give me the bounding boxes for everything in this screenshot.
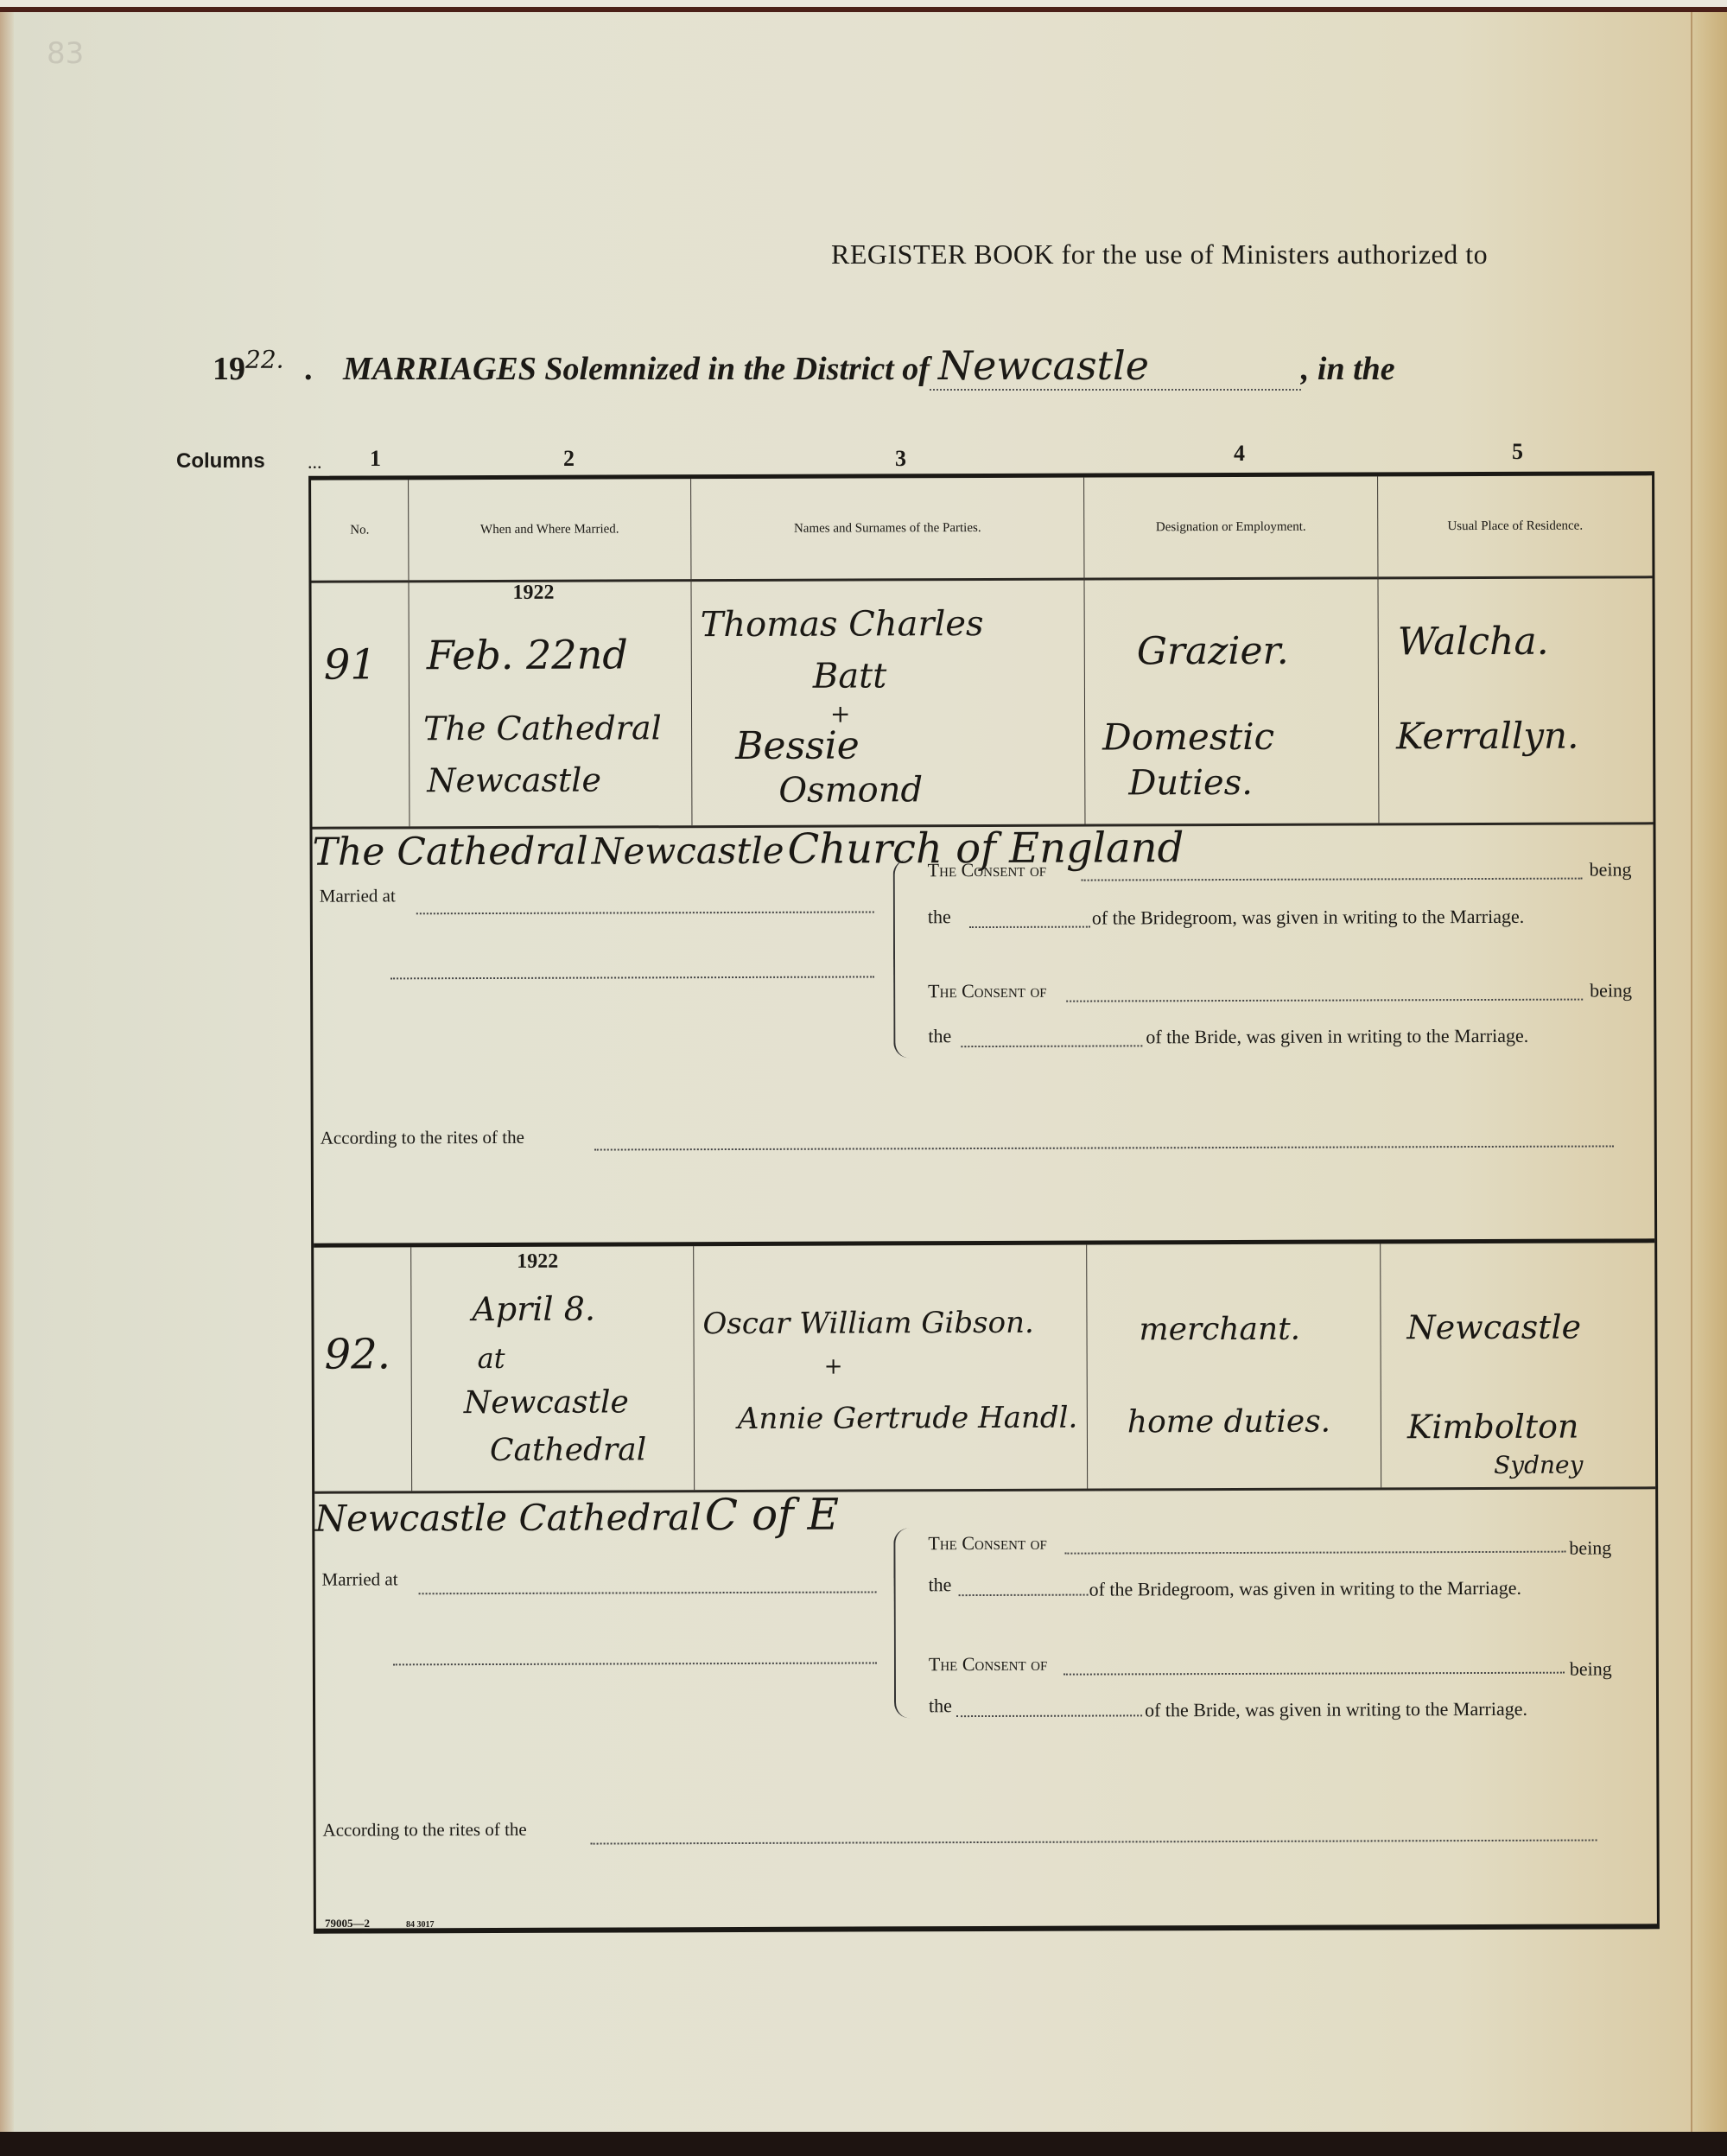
groom-employment: merchant. [1139, 1312, 1300, 1348]
bride-residence-extra: Sydney [1494, 1451, 1583, 1479]
groom-relation-field [959, 1594, 1089, 1597]
groom-consent-of-field [1064, 1551, 1565, 1555]
cell-no: 91 [311, 580, 410, 826]
cell-residence: Newcastle Kimbolton Sydney [1381, 1243, 1655, 1487]
marriage-place-line2: Newcastle [427, 761, 601, 800]
bride-employment-line1: Domestic [1102, 715, 1274, 759]
and-mark: + [824, 1354, 843, 1380]
column-number-5: 5 [1512, 439, 1523, 465]
cell-names: Thomas Charles Batt + Bessie Osmond [691, 578, 1085, 826]
book-bottom-cover [0, 2132, 1727, 2156]
groom-name-line1: Oscar William Gibson. [702, 1306, 1033, 1341]
year-handwritten: 22. [245, 345, 284, 373]
married-at-line1 [416, 911, 874, 914]
bride-residence: Kimbolton [1407, 1408, 1579, 1447]
entry-91-details: Married at The Cathedral Newcastle The C… [312, 822, 1654, 1245]
groom-consent-of-label: The Consent of [928, 859, 1047, 881]
header-cell-when-where: When and Where Married. [409, 479, 691, 580]
print-code: 84 3017 [406, 1920, 435, 1930]
groom-residence: Newcastle [1406, 1308, 1581, 1347]
bride-consent-of-label: The Consent of [928, 980, 1047, 1002]
married-at-label: Married at [320, 885, 396, 906]
column-number-1: 1 [370, 446, 381, 472]
married-at-line2 [393, 1662, 877, 1665]
table-row-entry-91: 91 1922 Feb. 22nd The Cathedral Newcastl… [311, 576, 1653, 829]
header-cell-names: Names and Surnames of the Parties. [691, 478, 1084, 580]
bride-consent-given-text: of the Bride, was given in writing to th… [1146, 1025, 1528, 1049]
adjacent-page-edge [1691, 12, 1727, 2146]
bride-the-label: the [928, 1025, 951, 1047]
table-row-entry-92: 92. 1922 April 8. at Newcastle Cathedral… [314, 1243, 1655, 1493]
rites-line [591, 1840, 1597, 1845]
bride-consent-of-field [1064, 1672, 1565, 1676]
marriage-place-line1: at [478, 1342, 505, 1375]
bride-name-line1: Bessie [735, 724, 860, 769]
married-at-line2 [390, 976, 874, 979]
groom-being-label: being [1569, 1536, 1611, 1559]
groom-consent-of-label: The Consent of [928, 1532, 1047, 1555]
cell-names: Oscar William Gibson. + Annie Gertrude H… [694, 1245, 1088, 1491]
groom-consent-given-text: of the Bridegroom, was given in writing … [1092, 906, 1524, 930]
marriage-place-line2: Newcastle [464, 1384, 629, 1421]
bride-name-line1: Annie Gertrude Handl. [738, 1401, 1078, 1436]
groom-the-label: the [928, 1574, 951, 1596]
groom-employment: Grazier. [1137, 629, 1289, 674]
cell-no: 92. [314, 1247, 412, 1491]
bride-relation-field [956, 1714, 1142, 1717]
bride-the-label: the [929, 1695, 952, 1717]
bride-employment-line2: Duties. [1128, 763, 1253, 804]
bride-name-line2: Osmond [778, 770, 923, 811]
year-separator: . [304, 351, 313, 387]
marriage-date: Feb. 22nd [427, 631, 628, 678]
marriages-title: 1922. . MARRIAGES Solemnized in the Dist… [213, 342, 1395, 391]
district-field: Newcastle [930, 342, 1301, 391]
register-book-heading: REGISTER BOOK for the use of Ministers a… [831, 238, 1488, 270]
married-at-value-line2: Newcastle [592, 830, 784, 873]
married-at-value-line1: The Cathedral [312, 830, 587, 874]
columns-dots: ... [308, 451, 322, 474]
form-code: 79005—2 [325, 1917, 370, 1930]
entry-year: 1922 [512, 582, 554, 605]
bride-employment-line1: home duties. [1127, 1404, 1330, 1441]
header-cell-no: No. [311, 480, 409, 580]
groom-relation-field [969, 926, 1090, 928]
groom-name-line2: Batt [813, 656, 887, 696]
title-suffix: , in the [1301, 351, 1395, 387]
cell-when-where: 1922 April 8. at Newcastle Cathedral [411, 1246, 695, 1491]
marriage-date: April 8. [472, 1290, 595, 1328]
page-left-strip [0, 12, 14, 2138]
bride-consent-of-field [1066, 999, 1583, 1002]
rites-label: According to the rites of the [322, 1819, 526, 1841]
groom-consent-given-text: of the Bridegroom, was given in writing … [1089, 1577, 1521, 1601]
groom-residence: Walcha. [1398, 620, 1549, 665]
rites-label: According to the rites of the [321, 1127, 524, 1149]
entry-92-details: Married at Newcastle Cathedral The Conse… [314, 1486, 1657, 1923]
consent-brace [893, 1528, 911, 1718]
year-printed: 1922. [213, 351, 284, 387]
cell-when-where: 1922 Feb. 22nd The Cathedral Newcastle [409, 579, 692, 826]
consent-brace [893, 859, 911, 1058]
bride-consent-given-text: of the Bride, was given in writing to th… [1145, 1698, 1527, 1722]
bride-relation-field [961, 1045, 1142, 1047]
groom-the-label: the [928, 906, 951, 928]
bride-being-label: being [1590, 979, 1632, 1002]
entry-number: 91 [324, 640, 377, 689]
cell-employment: Grazier. Domestic Duties. [1084, 576, 1379, 824]
entry-year: 1922 [517, 1250, 558, 1274]
cell-employment: merchant. home duties. [1087, 1243, 1381, 1488]
header-cell-residence: Usual Place of Residence. [1378, 475, 1652, 576]
title-prefix: MARRIAGES Solemnized in the District of [343, 351, 930, 387]
groom-being-label: being [1590, 858, 1632, 881]
married-at-line1 [419, 1591, 877, 1594]
married-at-label: Married at [321, 1568, 397, 1590]
married-at-value-line1: Newcastle Cathedral [314, 1496, 702, 1540]
rites-line [594, 1145, 1614, 1150]
entry-number: 92. [325, 1330, 391, 1378]
column-number-4: 4 [1234, 441, 1245, 467]
marriage-register-form: No. When and Where Married. Names and Su… [308, 471, 1660, 1933]
marriage-place-line3: Cathedral [490, 1432, 646, 1468]
column-number-2: 2 [563, 446, 575, 472]
faint-page-number: 83 [47, 36, 84, 71]
bride-consent-of-label: The Consent of [929, 1653, 1048, 1676]
groom-name-line1: Thomas Charles [701, 604, 984, 645]
rites-value: C of E [705, 1490, 839, 1541]
header-cell-employment: Designation or Employment. [1084, 476, 1378, 577]
columns-label: Columns [176, 449, 265, 474]
table-header-row: No. When and Where Married. Names and Su… [311, 475, 1652, 582]
marriage-place-line1: The Cathedral [423, 709, 662, 747]
bride-being-label: being [1570, 1657, 1612, 1680]
column-number-3: 3 [895, 446, 906, 472]
groom-consent-of-field [1082, 878, 1583, 881]
bride-residence: Kerrallyn. [1396, 715, 1578, 758]
cell-residence: Walcha. Kerrallyn. [1378, 576, 1653, 823]
